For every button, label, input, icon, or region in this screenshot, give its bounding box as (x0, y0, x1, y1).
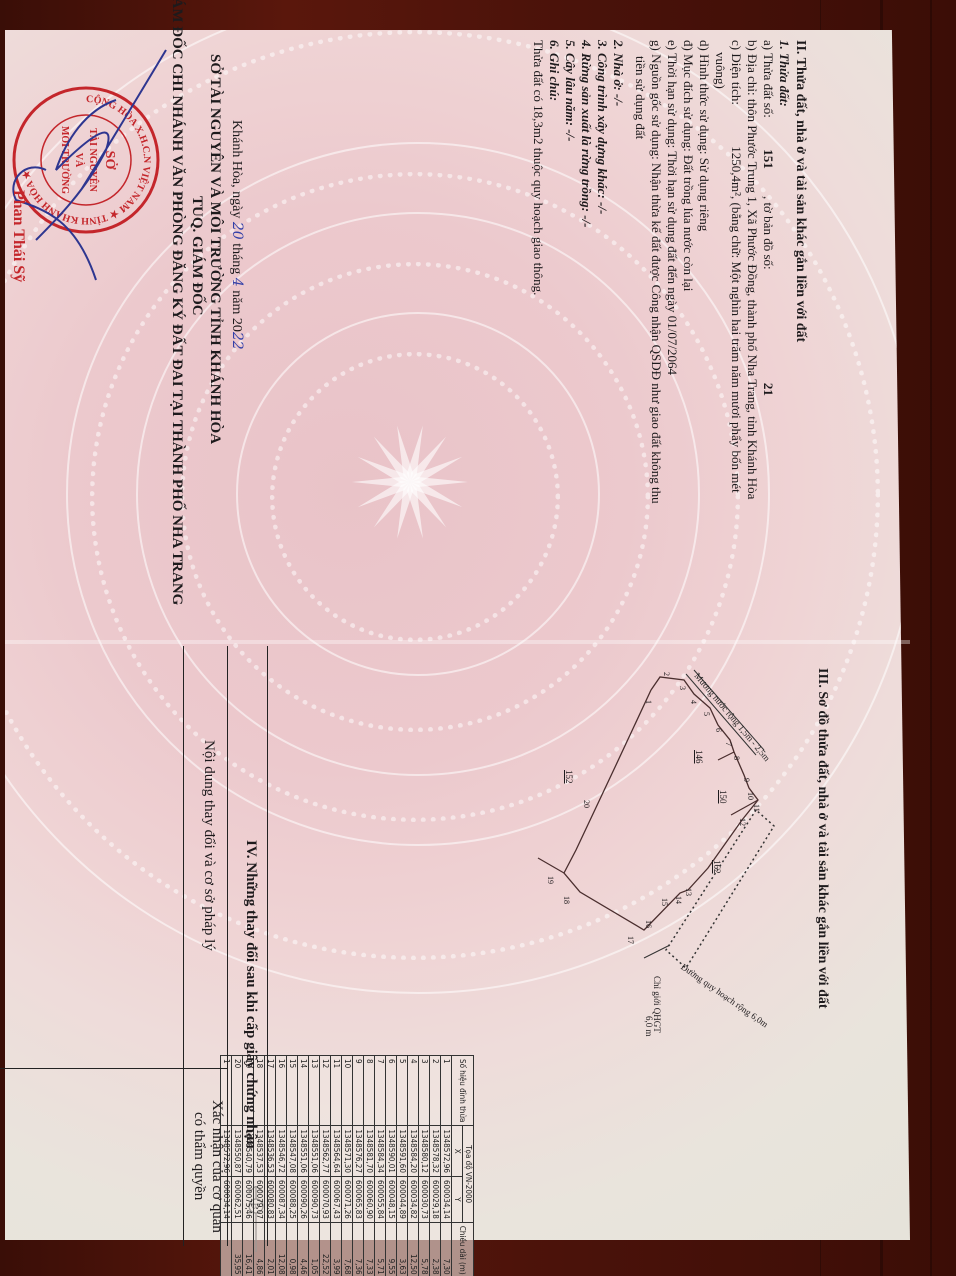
vertex-cell: 10 (342, 1056, 353, 1126)
y-cell: 600034,14 (441, 1176, 452, 1222)
table-row: 11348572,96600034,147,30 (441, 1056, 452, 1276)
vertex-label: 16 (641, 920, 656, 928)
signing-year: 22 (229, 332, 245, 350)
notes-text: Thửa đất có 18,3m2 thuộc quy hoạch giao … (531, 40, 546, 295)
y-cell: 600048,15 (386, 1176, 397, 1222)
vertex-label: 17 (623, 936, 638, 944)
vertex-label: 5 (699, 712, 714, 716)
perennial-trees-item: 5. Cây lâu năm: -/- (563, 40, 578, 141)
neighbor-plot-number: 152 (561, 770, 576, 784)
table-row: 31348580,12600030,735,78 (419, 1056, 430, 1276)
vertex-cell: 6 (386, 1056, 397, 1126)
on-behalf-of: TUQ. GIÁM ĐỐC (189, 196, 204, 316)
address: b) Địa chỉ: thôn Phước Trung 1, Xã Phước… (745, 40, 760, 499)
table-row: 131348551,06600090,731,05 (309, 1056, 320, 1276)
x-cell: 1348584,20 (408, 1126, 419, 1177)
length-cell: 1,05 (309, 1222, 320, 1276)
header-coord: Tọa độ VN-2000 (463, 1126, 474, 1222)
usage-form: d) Hình thức sử dụng: Sử dụng riêng (697, 40, 712, 231)
vertex-label: 7 (721, 742, 736, 746)
vertex-cell: 12 (320, 1056, 331, 1126)
length-cell: 9,55 (386, 1222, 397, 1276)
vertex-label: 11 (749, 804, 764, 812)
table-row: 111348564,64600067,433,99 (331, 1056, 342, 1276)
vertex-cell: 7 (375, 1056, 386, 1126)
y-cell: 600088,25 (287, 1176, 298, 1222)
header-length: Chiều dài (m) (452, 1222, 474, 1276)
header-y: Y (452, 1176, 463, 1222)
x-cell: 1348572,96 (441, 1126, 452, 1177)
road-width-label: 6,0 m (641, 1016, 656, 1037)
y-cell: 600055,84 (375, 1176, 386, 1222)
usage-term: e) Thời hạn sử dụng: Thời hạn sử dụng đấ… (665, 40, 680, 375)
land-heading: 1. Thửa đất: (777, 40, 792, 107)
vertex-label: 10 (743, 792, 758, 800)
plot-number: 151 (761, 149, 776, 169)
land-origin: g) Nguồn gốc sử dụng: Nhận thừa kế đất đ… (649, 40, 664, 504)
vertex-label: 12 (735, 818, 750, 826)
signing-day: 20 (229, 222, 245, 240)
x-cell: 1348580,12 (419, 1126, 430, 1177)
table-row: 101348571,30600071,267,68 (342, 1056, 353, 1276)
vertex-cell: 13 (309, 1056, 320, 1126)
y-cell: 600044,89 (397, 1176, 408, 1222)
vertex-label: 8 (729, 756, 744, 760)
vertex-label: 1 (641, 700, 656, 704)
x-cell: 1348551,06 (309, 1126, 320, 1177)
y-cell: 600030,73 (419, 1176, 430, 1222)
length-cell: 7,36 (353, 1222, 364, 1276)
y-cell: 600065,83 (353, 1176, 364, 1222)
length-cell: 5,78 (419, 1222, 430, 1276)
neighbor-plot-number: 150 (715, 790, 730, 804)
column-confirmation-1: Xác nhận của cơ quan (209, 1100, 224, 1233)
signing-date: Khánh Hòa, ngày 20 tháng 4 năm 2022 (229, 120, 244, 350)
length-cell: 3,99 (331, 1222, 342, 1276)
vertex-cell: 4 (408, 1056, 419, 1126)
x-cell: 1348571,30 (342, 1126, 353, 1177)
vertex-cell: 1 (441, 1056, 452, 1126)
y-cell: 600071,26 (342, 1176, 353, 1222)
table-row: 41348584,20600034,8212,50 (408, 1056, 419, 1276)
vertex-label: 6 (711, 728, 726, 732)
length-cell: 4,46 (298, 1222, 309, 1276)
vertex-label: 2 (659, 672, 674, 676)
y-cell: 600070,93 (320, 1176, 331, 1222)
notes-heading: 6. Ghi chú: (547, 40, 562, 101)
vertex-cell: 8 (364, 1056, 375, 1126)
vertex-label: 4 (686, 700, 701, 704)
table-row: 151348547,08600088,250,98 (287, 1056, 298, 1276)
vertex-label: 9 (739, 778, 754, 782)
vertex-cell: 2 (430, 1056, 441, 1126)
length-cell: 12,08 (276, 1222, 287, 1276)
table-row: 91348576,27600065,837,36 (353, 1056, 364, 1276)
area-row: c) Diện tích: 1250,4m², (bằng chữ: Một n… (729, 40, 744, 493)
vertex-label: 13 (681, 888, 696, 896)
vertex-label: 15 (657, 898, 672, 906)
vertex-cell: 16 (276, 1056, 287, 1126)
length-cell: 5,71 (375, 1222, 386, 1276)
area-continued: vuông) (713, 52, 728, 89)
drum-star-emblem (350, 422, 470, 542)
table-row: 21348578,32600029,182,38 (430, 1056, 441, 1276)
y-cell: 600029,18 (430, 1176, 441, 1222)
table-row: 81348581,70600060,907,33 (364, 1056, 375, 1276)
column-confirmation-2: có thẩm quyền (191, 1112, 206, 1200)
x-cell: 1348551,06 (298, 1126, 309, 1177)
x-cell: 1348576,27 (353, 1126, 364, 1177)
y-cell: 600087,34 (276, 1176, 287, 1222)
issuing-agency: SỞ TÀI NGUYÊN VÀ MÔI TRƯỜNG TỈNH KHÁNH H… (207, 54, 222, 444)
section-2-title: II. Thửa đất, nhà ở và tài sản khác gắn … (793, 40, 808, 342)
production-forest-item: 4. Rừng sản xuất là rừng trồng: -/- (579, 40, 594, 228)
usage-purpose: đ) Mục đích sử dụng: Đất trồng lúa nước … (681, 40, 696, 291)
vertex-cell: 5 (397, 1056, 408, 1126)
y-cell: 600090,73 (309, 1176, 320, 1222)
section-3-title: III. Sơ đồ thửa đất, nhà ở và tài sản kh… (815, 668, 830, 1009)
vertex-cell: 3 (419, 1056, 430, 1126)
x-cell: 1348581,70 (364, 1126, 375, 1177)
neighbor-plot-number: 146 (691, 750, 706, 764)
vertex-cell: 14 (298, 1056, 309, 1126)
length-cell: 22,52 (320, 1222, 331, 1276)
table-row: 161348546,72600087,3412,08 (276, 1056, 287, 1276)
vertex-cell: 15 (287, 1056, 298, 1126)
table-row: 71348584,34600055,845,71 (375, 1056, 386, 1276)
table-row: 61348590,01600048,159,55 (386, 1056, 397, 1276)
certificate-page: II. Thửa đất, nhà ở và tài sản khác gắn … (0, 0, 956, 1276)
vertex-cell: 11 (331, 1056, 342, 1126)
y-cell: 600090,26 (298, 1176, 309, 1222)
table-row: 141348551,06600090,264,46 (298, 1056, 309, 1276)
vertex-cell: 9 (353, 1056, 364, 1126)
y-cell: 600034,82 (408, 1176, 419, 1222)
vertex-label: 14 (671, 896, 686, 904)
house-item: 2. Nhà ở: -/- (611, 40, 626, 106)
x-cell: 1348591,60 (397, 1126, 408, 1177)
plot-number-label: a) Thửa đất số: 151 , tờ bản đồ số: 21 (761, 40, 776, 396)
vertex-label: 19 (543, 876, 558, 884)
neighbor-plot-number: 162 (709, 860, 724, 874)
signing-month: 4 (229, 278, 245, 287)
x-cell: 1348562,77 (320, 1126, 331, 1177)
vertex-label: 3 (675, 686, 690, 690)
x-cell: 1348547,08 (287, 1126, 298, 1177)
header-x: X (452, 1126, 463, 1177)
signer-name: Phan Thái Sỹ (11, 190, 26, 282)
length-cell: 12,50 (408, 1222, 419, 1276)
column-change-content: Nội dung thay đổi và cơ sở pháp lý (201, 740, 216, 951)
vertex-label: 18 (559, 896, 574, 904)
length-cell: 2,38 (430, 1222, 441, 1276)
length-cell: 0,98 (287, 1222, 298, 1276)
x-cell: 1348564,64 (331, 1126, 342, 1177)
length-cell: 7,33 (364, 1222, 375, 1276)
vertex-label: 20 (579, 800, 594, 808)
header-vertex: Số hiệu đỉnh thửa (452, 1056, 474, 1126)
x-cell: 1348546,72 (276, 1126, 287, 1177)
length-cell: 7,68 (342, 1222, 353, 1276)
map-number: 21 (761, 383, 776, 396)
x-cell: 1348584,34 (375, 1126, 386, 1177)
table-row: 121348562,77600070,9322,52 (320, 1056, 331, 1276)
length-cell: 3,63 (397, 1222, 408, 1276)
area-value: 1250,4m², (bằng chữ: Một nghìn hai trăm … (729, 146, 744, 493)
y-cell: 600060,90 (364, 1176, 375, 1222)
x-cell: 1348590,01 (386, 1126, 397, 1177)
y-cell: 600067,43 (331, 1176, 342, 1222)
land-origin-continued: tiền sử dụng đất (633, 56, 648, 139)
x-cell: 1348578,32 (430, 1126, 441, 1177)
other-construction-item: 3. Công trình xây dựng khác: -/- (595, 40, 610, 214)
table-row: 51348591,60600044,893,63 (397, 1056, 408, 1276)
length-cell: 7,30 (441, 1222, 452, 1276)
changes-table (0, 646, 268, 1246)
